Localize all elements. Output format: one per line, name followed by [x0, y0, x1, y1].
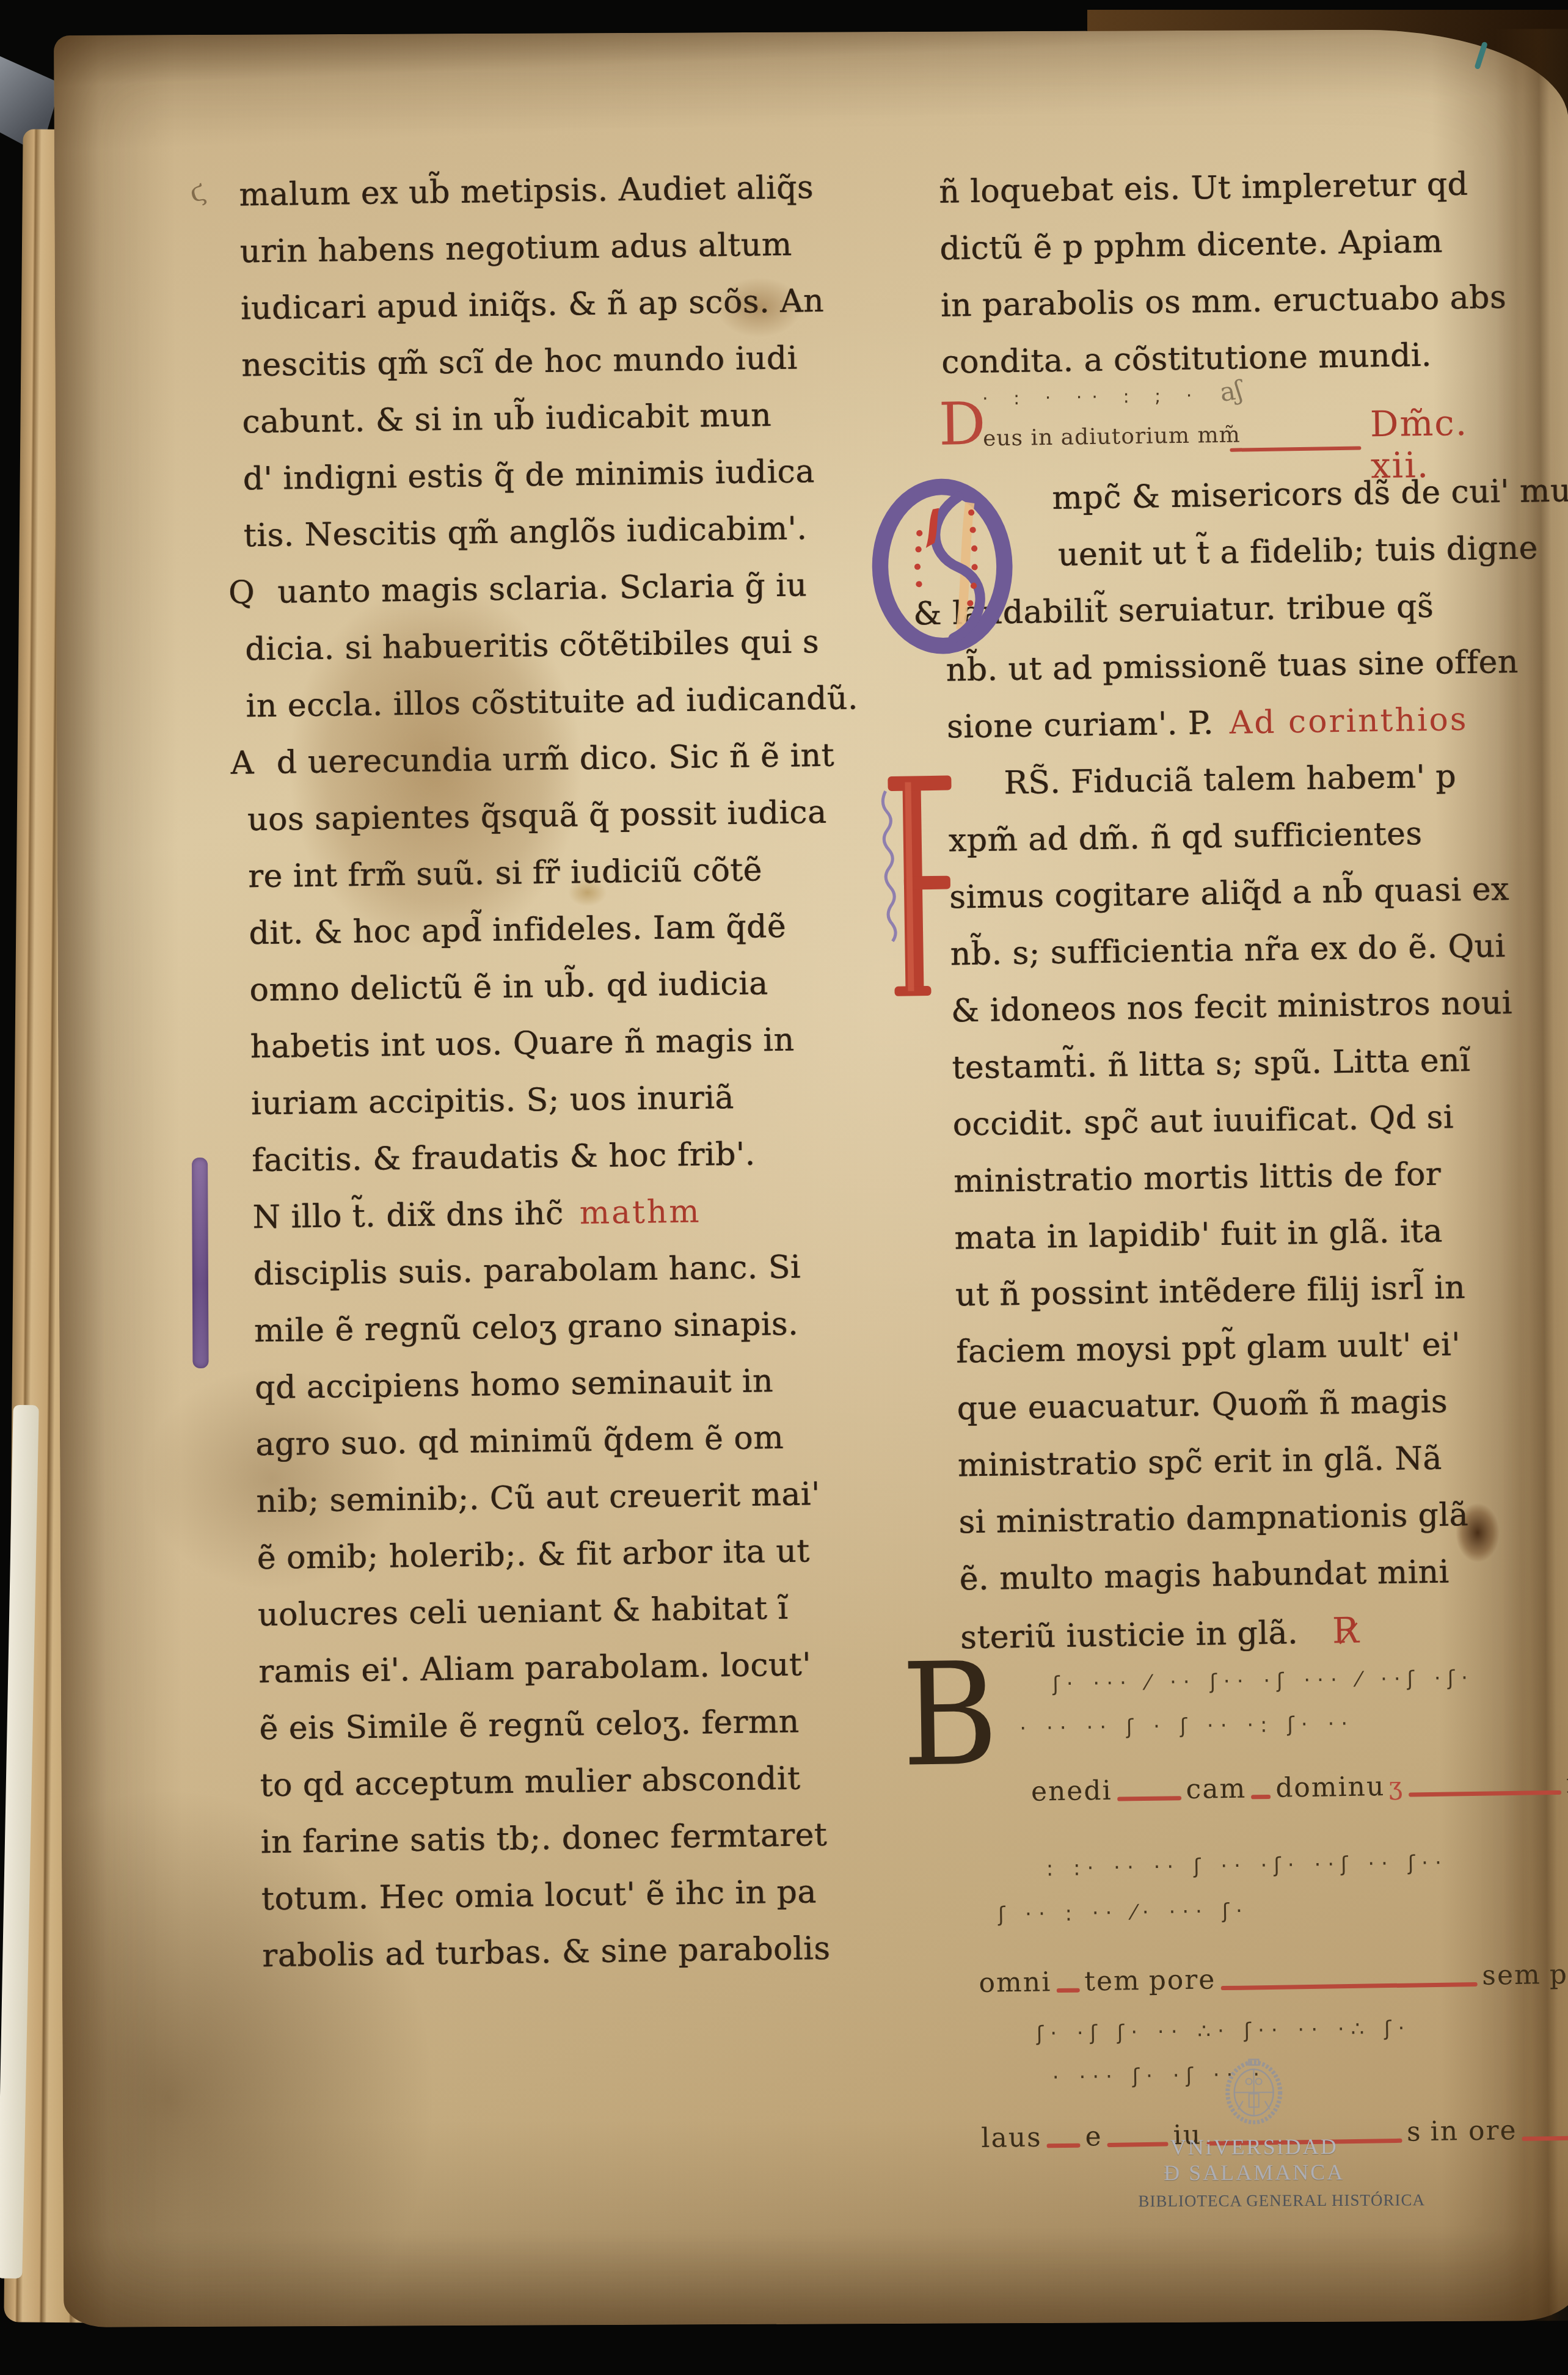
library-stamp: VNiVERSiDAD Ð SALAMANCA BIBLIOTECA GENER…	[1137, 2058, 1370, 2211]
text-line: & idoneos nos fecit ministros noui	[950, 975, 1525, 1040]
neume-row: · : · ·· : ; ·	[982, 385, 1202, 409]
text-line: mile ẽ regnũ celoʒ grano sinapis.	[253, 1294, 914, 1360]
rubric-matthew: mathm	[579, 1194, 701, 1232]
text-line: ramis ei'. Aliam parabolam. locut'	[258, 1635, 919, 1701]
text-line: steriũ iusticie in glã.	[960, 1614, 1299, 1656]
text-line: malum ex ub̃ metipsis. Audiet aliq̃s	[239, 158, 899, 224]
text-line: ẽ. multo magis habundat mini	[959, 1543, 1534, 1608]
lyric-syllable: per	[1549, 1958, 1568, 1990]
text-line: ñ loquebat eis. Ut impleretur qd	[938, 156, 1513, 221]
neume-row: ʃ· ·ʃ ʃ· ·· ∴· ʃ·· ·· ·∴ ʃ·	[1037, 2016, 1412, 2046]
text-line-with-rubric: N illo t̃. dix̃ dns ihc̃mathm	[252, 1181, 913, 1246]
lyric-syllable: omni	[979, 1966, 1051, 1999]
text-line: tis. Nescitis qm̃ anglõs iudicabim'.	[243, 499, 903, 564]
lyric-syllable: tem	[1084, 1965, 1140, 1997]
neume-row: ʃ· ··· ⁄ ·· ʃ·· ·ʃ ··· ⁄ ··ʃ ·ʃ·	[1052, 1666, 1475, 1696]
stamp-university-name: VNiVERSiDAD	[1138, 2134, 1370, 2161]
text-line: Q uanto magis sclaria. Sclaria g̃ iu	[228, 556, 905, 621]
text-line: iuriam accipitis. S; uos inuriã	[250, 1067, 911, 1133]
red-extension-line	[1230, 446, 1361, 451]
text-line: in eccla. illos cõstituite ad iudicandũ.	[246, 669, 906, 735]
text-line: ut ñ possint intẽdere filij isrl̃ in	[955, 1259, 1530, 1324]
versicle-text: eus in adiutorium mm̃	[983, 422, 1241, 451]
text-line: ministratio mortis littis de for	[953, 1145, 1528, 1211]
text-line: uolucres celi ueniant & habitat ĩ	[257, 1578, 917, 1644]
lyric-syllable: dominu	[1275, 1771, 1385, 1804]
responsory-mark: R̷	[1297, 1610, 1359, 1652]
text-line: simus cogitare aliq̃d a nb̃ quasi ex	[949, 861, 1524, 927]
text-line: xpm̃ ad dm̃. ñ qd sufficientes	[948, 804, 1523, 870]
text-line: occidit. spc̃ aut iuuificat. Qd si	[952, 1089, 1527, 1154]
text-line: mpc̃ & misericors ds̃ de cui' mune	[943, 464, 1518, 529]
neume-row: · ·· ·· ʃ · ʃ ·· ·: ʃ· ··	[1019, 1712, 1354, 1741]
initial-i-decorated	[192, 1158, 209, 1368]
text-line: uenit ut t̃ a fidelib; tuis digne	[944, 520, 1519, 586]
lyric-syllable: s	[1407, 2116, 1422, 2147]
text-line: in parabolis os mm. eructuabo abs	[940, 269, 1515, 335]
text-line: totum. Hec omia locut' ẽ ihc in pa	[261, 1862, 921, 1928]
versicle-deus-in-adiutorium: · : · ·· : ; · D eus in adiutorium mm̃ a…	[942, 387, 1517, 472]
text-line: nescitis qm̃ scĩ de hoc mundo iudi	[241, 329, 902, 394]
text-line: omno delictũ ẽ in ub̃. qd iudicia	[249, 954, 910, 1019]
red-extension-line	[1056, 1988, 1079, 1993]
margin-pen-mark: ϛ	[186, 175, 209, 210]
text-line: nib; seminib;. Cũ aut creuerit mai'	[256, 1465, 916, 1530]
text-line: qd accipiens homo seminauit in	[255, 1351, 915, 1417]
text-line: ministratio spc̃ erit in glã. Nã	[957, 1429, 1532, 1495]
lyric-line: omni tem pore sem per	[979, 1957, 1568, 1999]
red-extension-line	[1047, 2143, 1081, 2148]
text-line: dicia. si habueritis cõtẽtibiles qui s	[245, 613, 905, 678]
university-seal-icon	[1224, 2058, 1283, 2124]
initial-f-red	[875, 765, 958, 1011]
lyric-syllable: cam	[1186, 1773, 1246, 1805]
text-line-with-rubric: steriũ iusticie in glã.R̷	[960, 1599, 1535, 1665]
text-line: ẽ eis Simile ẽ regnũ celoʒ. fermn	[259, 1692, 919, 1757]
text-line: agro suo. qd minimũ q̃dem ẽ om	[255, 1408, 916, 1473]
text-line: d' indigni estis q̃ de minimis iudica	[242, 442, 903, 508]
text-line: sione curiam'. P.	[947, 705, 1214, 745]
lyric-syllable: sem	[1482, 1959, 1541, 1991]
right-text-column: ñ loquebat eis. Ut impleretur qd dictũ ẽ…	[938, 156, 1543, 2208]
initial-o-illuminated	[865, 472, 1023, 661]
parchment-page: ϛ malum ex ub̃ metipsis. Audiet aliq̃s u…	[54, 29, 1568, 2327]
stamp-library-name: BIBLIOTECA GENERAL HISTÓRICA	[1138, 2191, 1370, 2211]
text-line: nb̃. s; sufficientia nr̃a ex do ẽ. Qui	[950, 918, 1525, 983]
text-line: urin habens negotium adus altum	[239, 215, 900, 280]
text-line: faciem moysi ppt̃ glam uult' ei'	[956, 1316, 1531, 1381]
lyric-syllable: laus	[981, 2122, 1042, 2154]
initial-b-music: B	[900, 1643, 999, 1787]
lyric-syllable: enedi	[1031, 1775, 1112, 1808]
lyric-syllable: in ore	[1430, 2115, 1517, 2147]
text-line: uos sapientes q̃squã q̃ possit iudica	[247, 783, 907, 848]
text-line: facitis. & fraudatis & hoc frib'.	[252, 1124, 912, 1189]
red-extension-line	[1117, 1796, 1181, 1801]
text-line: RS̃. Fiduciã talem habem' p	[947, 748, 1522, 813]
text-line-with-rubric: sione curiam'. P.Ad corinthios	[946, 691, 1521, 756]
stamp-university-name-2: Ð SALAMANCA	[1138, 2159, 1370, 2186]
text-line: rabolis ad turbas. & sine parabolis	[262, 1919, 922, 1985]
binding-thread	[1474, 42, 1488, 70]
manuscript-photo: ϛ malum ex ub̃ metipsis. Audiet aliq̃s u…	[0, 0, 1568, 2375]
rubric-ad-corinthios: Ad corinthios	[1229, 701, 1468, 742]
text-line: que euacuatur. Quom̃ ñ magis	[957, 1373, 1531, 1438]
neume-row: : :· ·· ·· ʃ ·· ·ʃ· ··ʃ ·· ʃ··	[1046, 1851, 1449, 1881]
lyric-syllable: e	[1085, 2121, 1103, 2152]
left-text-column: malum ex ub̃ metipsis. Audiet aliq̃s uri…	[239, 158, 922, 1985]
text-line: habetis int uos. Quare ñ magis in	[250, 1010, 910, 1076]
text-line: N illo t̃. dix̃ dns ihc̃	[252, 1195, 564, 1236]
text-line: re int frm̃ suũ. si fr̃ iudiciũ cõtẽ	[248, 840, 908, 905]
epistle-reading: RS̃. Fiduciã talem habem' p xpm̃ ad dm̃.…	[947, 748, 1535, 1665]
text-line: to qd acceptum mulier abscondit	[260, 1749, 920, 1814]
neume-row: ʃ ·· : ·· ⁄· ··· ʃ·	[998, 1899, 1250, 1927]
collect-prayer: mpc̃ & misericors ds̃ de cui' mune uenit…	[943, 464, 1522, 756]
initial-d-red: D	[938, 395, 986, 454]
text-line: mata in lapidib' fuit in glã. ita	[954, 1202, 1529, 1268]
text-line: dit. & hoc apd̃ infideles. Iam q̃dẽ	[249, 897, 909, 962]
text-line: si ministratio dampnationis glã	[958, 1486, 1533, 1552]
red-extension-line	[1522, 2136, 1568, 2141]
text-line: in farine satis tb;. donec fermtaret	[260, 1806, 921, 1871]
lyric-line: enedi cam dominu ʒ m in	[1031, 1766, 1568, 1808]
lyric-syllable: m in	[1566, 1767, 1568, 1800]
text-line: dictũ ẽ p pphm dicente. Apiam	[939, 213, 1514, 278]
red-extension-line	[1409, 1790, 1561, 1797]
red-neume-mark: ʒ	[1388, 1772, 1404, 1800]
text-line: iudicari apud iniq̃s. & ñ ap scõs. An	[240, 272, 900, 337]
text-line: cabunt. & si in ub̃ iudicabit mun	[242, 385, 902, 451]
red-extension-line	[1251, 1795, 1271, 1799]
interlinear-gloss: aʃ	[1217, 374, 1244, 407]
red-extension-line	[1221, 1982, 1478, 1990]
text-line: nb̃. ut ad pmissionẽ tuas sine offen	[946, 634, 1520, 699]
text-line: A d uerecundia urm̃ dico. Sic ñ ẽ int	[230, 726, 906, 792]
text-line: disciplis suis. parabolam hanc. Si	[253, 1238, 913, 1303]
text-line: ẽ omib; holerib;. & fit arbor ita ut	[257, 1522, 917, 1587]
text-line: testamt̃i. ñ litta s; spũ. Litta enĩ	[952, 1032, 1526, 1097]
lyric-syllable: pore	[1148, 1964, 1216, 1996]
